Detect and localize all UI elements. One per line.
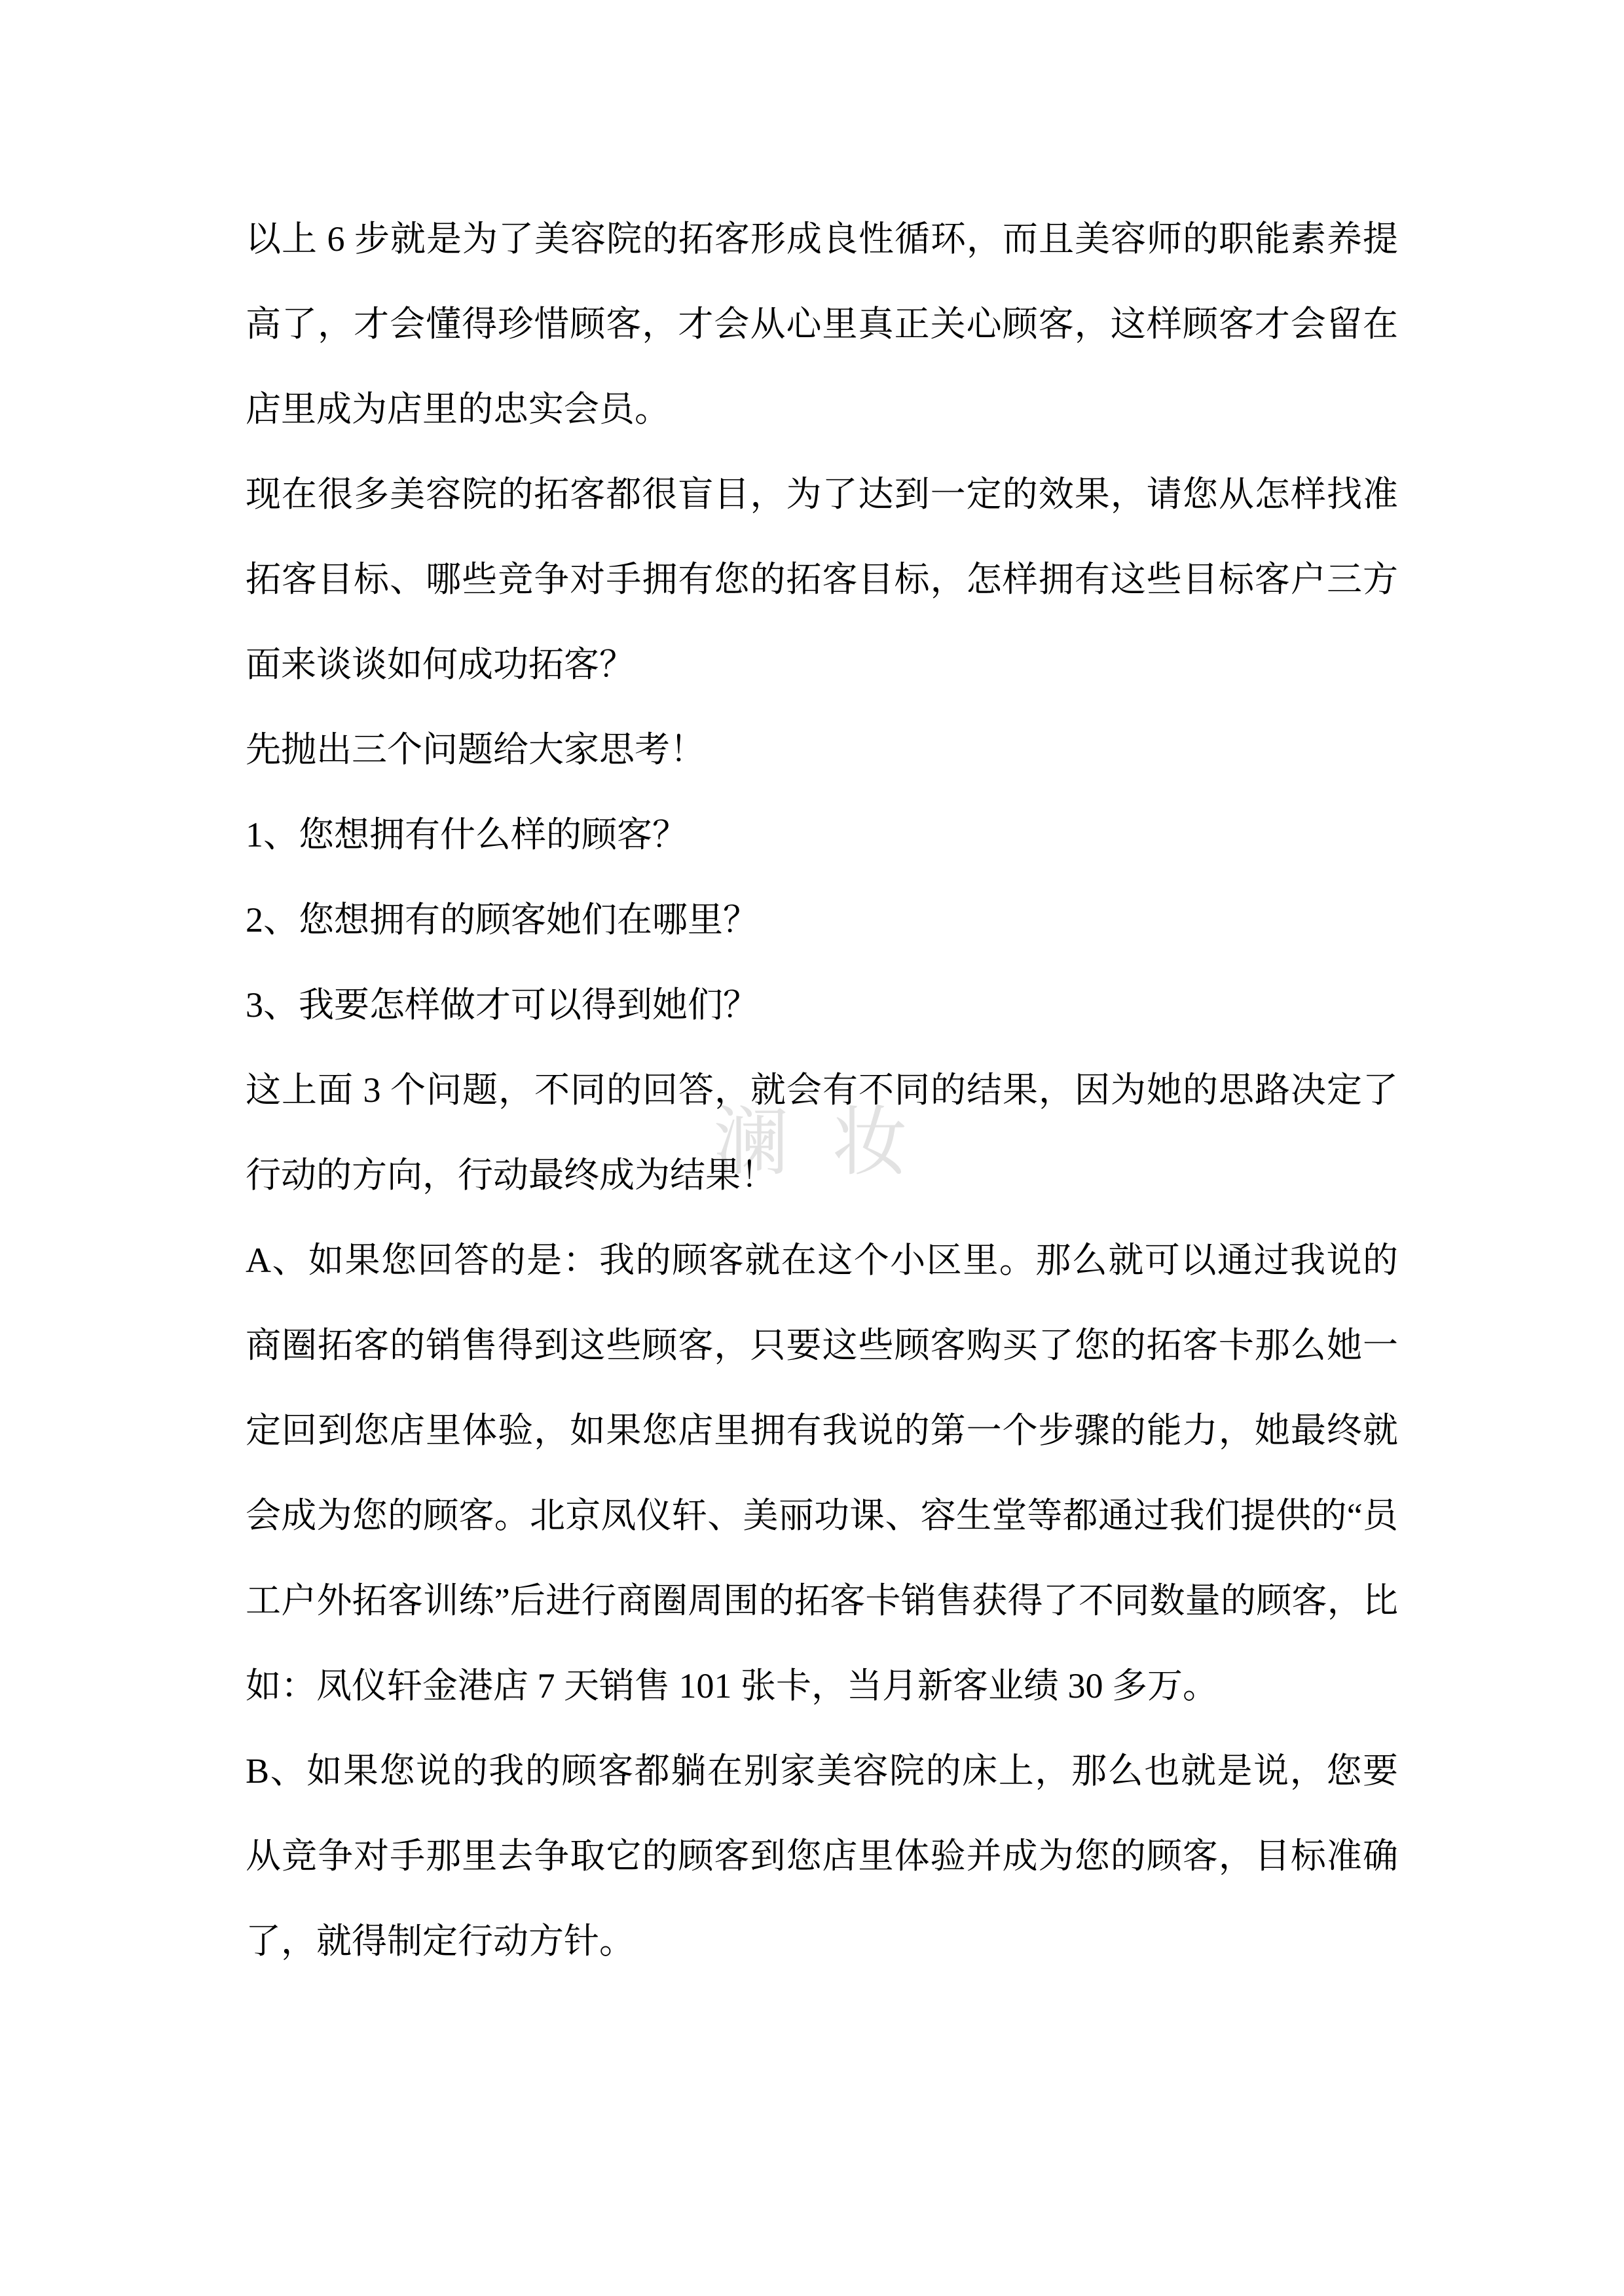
paragraph: A、如果您回答的是：我的顾客就在这个小区里。那么就可以通过我说的商圈拓客的销售得… bbox=[246, 1218, 1398, 1728]
paragraph: 3、我要怎样做才可以得到她们？ bbox=[246, 962, 1398, 1048]
paragraph: 现在很多美容院的拓客都很盲目，为了达到一定的效果，请您从怎样找准拓客目标、哪些竞… bbox=[246, 452, 1398, 707]
document-body: 以上 6 步就是为了美容院的拓客形成良性循环，而且美容师的职能素养提高了，才会懂… bbox=[246, 196, 1398, 1984]
document-page: 澜妆 以上 6 步就是为了美容院的拓客形成良性循环，而且美容师的职能素养提高了，… bbox=[0, 0, 1624, 2296]
paragraph: B、如果您说的我的顾客都躺在别家美容院的床上，那么也就是说，您要从竞争对手那里去… bbox=[246, 1728, 1398, 1984]
paragraph: 先抛出三个问题给大家思考！ bbox=[246, 707, 1398, 792]
paragraph: 以上 6 步就是为了美容院的拓客形成良性循环，而且美容师的职能素养提高了，才会懂… bbox=[246, 196, 1398, 452]
paragraph: 1、您想拥有什么样的顾客？ bbox=[246, 792, 1398, 877]
paragraph: 2、您想拥有的顾客她们在哪里？ bbox=[246, 877, 1398, 962]
paragraph: 这上面 3 个问题，不同的回答，就会有不同的结果，因为她的思路决定了行动的方向，… bbox=[246, 1048, 1398, 1218]
